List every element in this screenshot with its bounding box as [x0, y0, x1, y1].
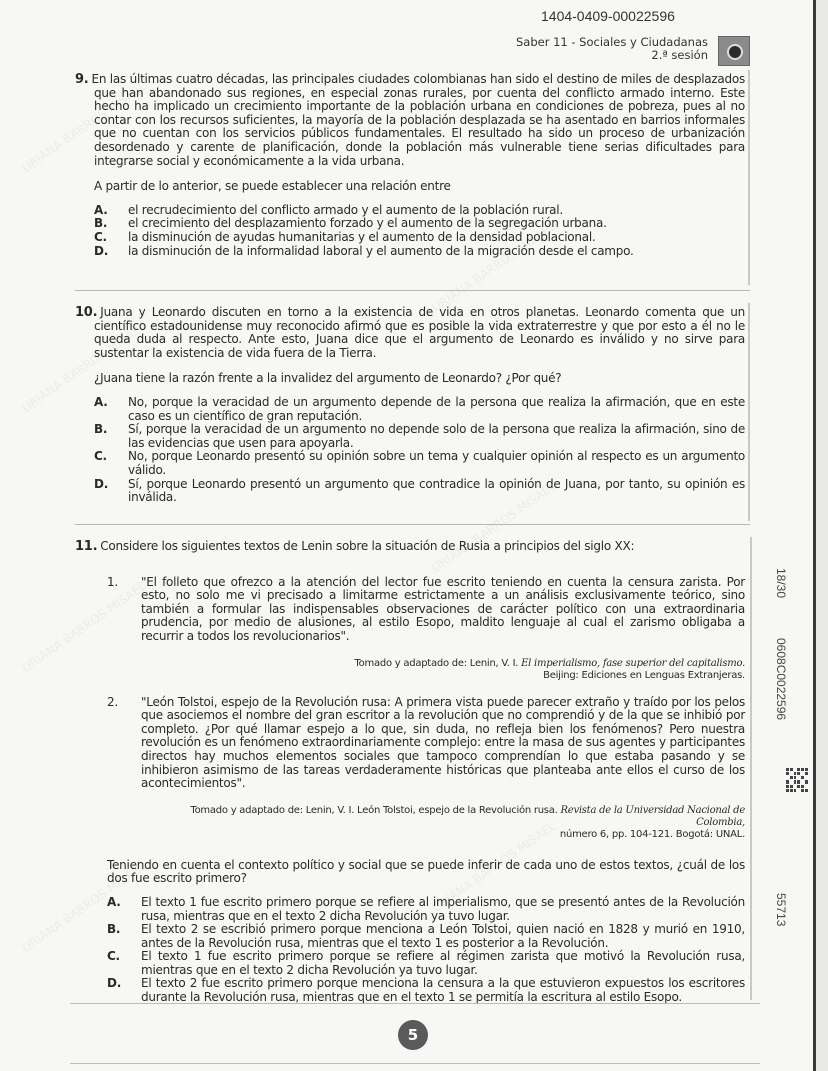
option-letter: A.: [94, 204, 128, 218]
booklet-code: 0608C0022596: [774, 638, 788, 720]
option-text: No, porque Leonardo presentó su opinión …: [128, 450, 745, 477]
question-lead: ¿Juana tiene la razón frente a la invali…: [75, 372, 745, 386]
option-letter: B.: [94, 217, 128, 231]
option-c[interactable]: C.No, porque Leonardo presentó su opinió…: [94, 450, 745, 477]
option-b[interactable]: B.El texto 2 se escribió primero porque …: [107, 923, 745, 950]
page-edge: [813, 0, 816, 1071]
answer-options: A.El texto 1 fue escrito primero porque …: [75, 896, 745, 1005]
question-separator: [75, 290, 750, 291]
footer-bottom-line: [70, 1063, 760, 1064]
option-letter: B.: [107, 923, 141, 937]
option-text: El texto 1 fue escrito primero porque se…: [141, 896, 745, 923]
option-letter: C.: [94, 450, 128, 464]
icfes-logo-icon: [718, 36, 750, 66]
option-text: El texto 2 se escribió primero porque me…: [141, 923, 745, 950]
option-letter: B.: [94, 423, 128, 437]
option-d[interactable]: D.El texto 2 fue escrito primero porque …: [107, 977, 745, 1004]
footer-separator: [70, 1003, 760, 1004]
option-text: el recrudecimiento del conflicto armado …: [128, 204, 745, 218]
question-number: 11.: [75, 539, 97, 554]
answer-options: A.el recrudecimiento del conflicto armad…: [75, 204, 745, 258]
question-stem: Juana y Leonardo discuten en torno a la …: [94, 305, 745, 360]
option-letter: A.: [107, 896, 141, 910]
lenin-text-2: 2. "León Tolstoi, espejo de la Revolució…: [75, 696, 745, 841]
question-lead: A partir de lo anterior, se puede establ…: [75, 180, 745, 194]
text-source: Tomado y adaptado de: Lenin, V. I. León …: [141, 805, 745, 841]
option-d[interactable]: D.la disminución de la informalidad labo…: [94, 245, 745, 259]
option-letter: D.: [107, 977, 141, 991]
text-number: 2.: [107, 696, 141, 841]
option-text: No, porque la veracidad de un argumento …: [128, 396, 745, 423]
option-letter: D.: [94, 478, 128, 492]
question-stem: Considere los siguientes textos de Lenin…: [100, 539, 634, 553]
question-9: 9.En las últimas cuatro décadas, las pri…: [75, 73, 745, 258]
answer-options: A.No, porque la veracidad de un argument…: [75, 396, 745, 505]
option-text: la disminución de ayudas humanitarias y …: [128, 231, 745, 245]
question-separator: [75, 524, 750, 525]
qr-code-icon: [786, 768, 808, 792]
page-number: 5: [398, 1020, 428, 1050]
lenin-text-1: 1. "El folleto que ofrezco a la atención…: [75, 576, 745, 682]
question-border: [750, 537, 752, 1000]
option-text: Sí, porque Leonardo presentó un argument…: [128, 478, 745, 505]
option-c[interactable]: C.El texto 1 fue escrito primero porque …: [107, 950, 745, 977]
option-text: El texto 2 fue escrito primero porque me…: [141, 977, 745, 1004]
option-letter: A.: [94, 396, 128, 410]
text-body: "León Tolstoi, espejo de la Revolución r…: [141, 696, 745, 791]
option-a[interactable]: A.El texto 1 fue escrito primero porque …: [107, 896, 745, 923]
option-c[interactable]: C.la disminución de ayudas humanitarias …: [94, 231, 745, 245]
option-letter: C.: [94, 231, 128, 245]
question-number: 9.: [75, 72, 88, 87]
session-label: 2.ª sesión: [516, 49, 708, 62]
option-text: el crecimiento del desplazamiento forzad…: [128, 217, 745, 231]
page-edge-shadow: [816, 0, 828, 1071]
option-text: El texto 1 fue escrito primero porque se…: [141, 950, 745, 977]
side-number: 55713: [774, 893, 788, 926]
option-letter: D.: [94, 245, 128, 259]
page-count: 18/30: [774, 568, 788, 598]
question-stem: En las últimas cuatro décadas, las princ…: [91, 72, 745, 168]
question-10: 10.Juana y Leonardo discuten en torno a …: [75, 306, 745, 505]
option-a[interactable]: A.el recrudecimiento del conflicto armad…: [94, 204, 745, 218]
text-source: Tomado y adaptado de: Lenin, V. I. El im…: [141, 658, 745, 682]
question-border: [748, 70, 750, 285]
text-body: "El folleto que ofrezco a la atención de…: [141, 576, 745, 644]
option-b[interactable]: B.el crecimiento del desplazamiento forz…: [94, 217, 745, 231]
question-11: 11.Considere los siguientes textos de Le…: [75, 540, 745, 1005]
option-a[interactable]: A.No, porque la veracidad de un argument…: [94, 396, 745, 423]
option-text: Sí, porque la veracidad de un argumento …: [128, 423, 745, 450]
option-b[interactable]: B.Sí, porque la veracidad de un argument…: [94, 423, 745, 450]
text-number: 1.: [107, 576, 141, 682]
question-border: [748, 303, 750, 521]
header-subject: Saber 11 - Sociales y Ciudadanas 2.ª ses…: [516, 36, 708, 62]
question-lead: Teniendo en cuenta el contexto político …: [75, 859, 745, 886]
option-text: la disminución de la informalidad labora…: [128, 245, 745, 259]
option-letter: C.: [107, 950, 141, 964]
document-id: 1404-0409-00022596: [541, 8, 675, 24]
option-d[interactable]: D.Sí, porque Leonardo presentó un argume…: [94, 478, 745, 505]
